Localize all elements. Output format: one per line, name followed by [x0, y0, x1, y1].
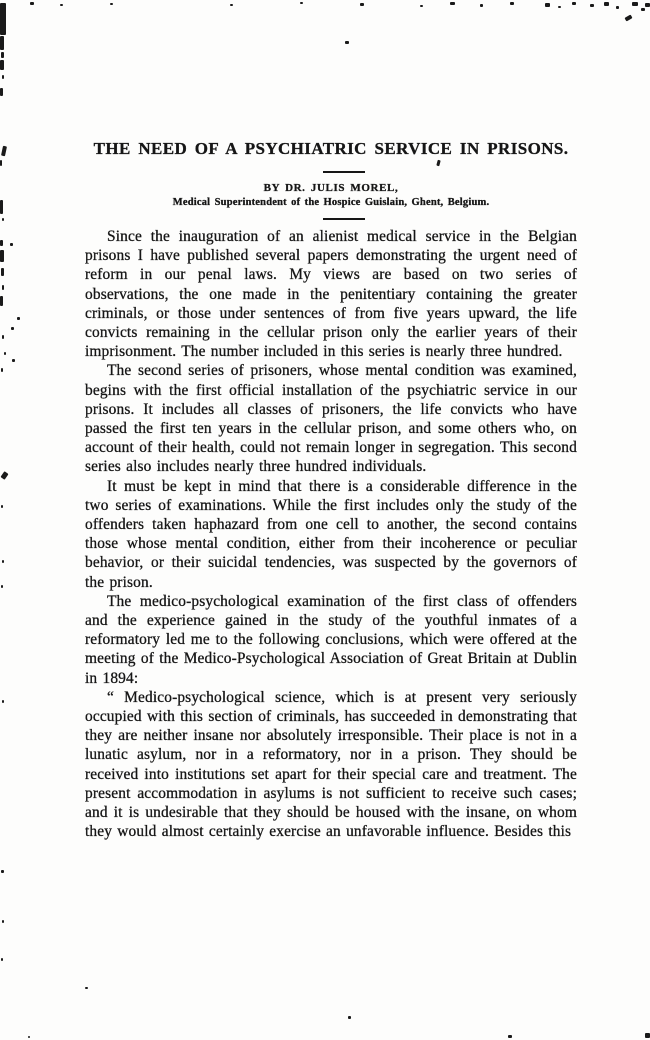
- scan-speck: [0, 3, 6, 35]
- scan-speck: [1, 870, 4, 873]
- scan-speck: [508, 1035, 512, 1038]
- scan-speck: [2, 335, 4, 339]
- scan-speck: [0, 36, 4, 50]
- scan-speck: [1, 585, 3, 588]
- scan-speck: [17, 317, 20, 320]
- scan-speck: [604, 2, 609, 6]
- scan-speck: [480, 4, 483, 7]
- scan-speck: [0, 250, 4, 262]
- scan-speck: [1, 958, 3, 961]
- scan-speck: [0, 60, 4, 70]
- scan-speck: [0, 296, 3, 306]
- scan-speck: [420, 5, 423, 7]
- body-paragraph-2: The second series of prisoners, whose me…: [85, 361, 577, 476]
- scan-speck: [545, 3, 550, 7]
- scan-speck: [10, 243, 13, 246]
- scan-speck: [590, 4, 594, 7]
- scan-speck: [2, 75, 4, 79]
- article-body: Since the inauguration of an alienist me…: [85, 227, 577, 842]
- scan-speck: [360, 3, 364, 6]
- scan-speck: [1, 146, 7, 157]
- body-paragraph-5: “ Medico-psychological science, which is…: [85, 688, 577, 842]
- article-heading: THE NEED OF A PSYCHIATRIC SERVICE IN PRI…: [85, 138, 577, 220]
- author-byline: BY DR. JULIS MOREL,: [85, 182, 577, 195]
- scan-speck: [2, 700, 4, 703]
- scan-speck: [230, 4, 233, 6]
- scan-speck: [0, 240, 3, 246]
- scan-speck: [348, 1016, 351, 1019]
- body-paragraph-3: It must be kept in mind that there is a …: [85, 477, 577, 592]
- scan-speck: [30, 2, 34, 5]
- author-affiliation: Medical Superintendent of the Hospice Gu…: [85, 196, 577, 209]
- scan-speck: [2, 920, 4, 923]
- scan-speck: [450, 2, 455, 5]
- scan-speck: [85, 987, 88, 989]
- scan-speck: [558, 6, 561, 8]
- scan-speck: [60, 4, 63, 6]
- scan-speck: [2, 560, 4, 563]
- scan-speck: [345, 41, 349, 44]
- scan-speck: [1, 268, 4, 276]
- body-paragraph-4: The medico-psychological examination of …: [85, 592, 577, 688]
- scan-speck: [641, 8, 645, 11]
- scan-speck: [0, 200, 3, 214]
- body-paragraph-1: Since the inauguration of an alienist me…: [85, 227, 577, 361]
- scan-speck: [510, 2, 514, 5]
- scan-speck: [2, 218, 4, 221]
- scan-speck: [28, 1036, 30, 1038]
- scan-speck: [645, 1033, 650, 1038]
- scan-speck: [572, 2, 576, 5]
- scan-speck: [12, 359, 15, 362]
- title-divider-rule: [323, 171, 365, 173]
- scan-speck: [0, 471, 8, 480]
- scan-speck: [0, 88, 3, 96]
- scan-speck: [11, 327, 14, 330]
- scan-speck: [1, 505, 3, 508]
- scan-speck: [4, 352, 6, 355]
- scan-speck: [1, 368, 3, 372]
- scan-speck: [624, 15, 632, 22]
- scan-speck: [645, 3, 650, 7]
- byline-divider-rule: [323, 218, 365, 220]
- scan-speck: [2, 285, 4, 290]
- scan-speck: [300, 2, 303, 4]
- scan-speck: [616, 6, 619, 9]
- scan-speck: [632, 2, 638, 6]
- scan-speck: [0, 160, 2, 166]
- article-title: THE NEED OF A PSYCHIATRIC SERVICE IN PRI…: [85, 138, 577, 160]
- scan-speck: [1, 52, 4, 58]
- scan-speck: [110, 3, 113, 5]
- scanned-page: THE NEED OF A PSYCHIATRIC SERVICE IN PRI…: [0, 0, 650, 1040]
